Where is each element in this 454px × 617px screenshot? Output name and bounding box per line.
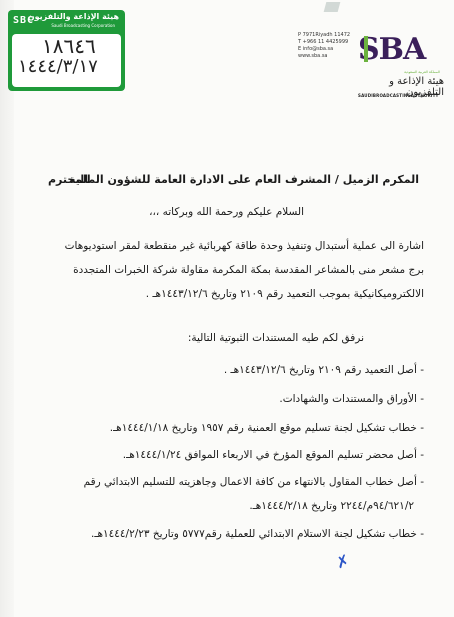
- contact-po-box: P 7971Riyadh 11472: [298, 32, 350, 39]
- paragraph-line: الالكتروميكانيكية بموجب التعميد رقم ٢١٠٩…: [146, 288, 424, 300]
- stamp-name-ar: هيئة الإذاعة والتلفزيون: [28, 12, 119, 21]
- scan-artifact: [324, 2, 341, 12]
- contact-email: E info@sba.sa: [298, 46, 350, 53]
- attachment-item-continuation: ٩٤/٦٢١/٢م/٢٢٤٤ وتاريخ ١٤٤٤/٢/١٨هـ.: [249, 500, 414, 512]
- attachments-intro: نرفق لكم طيه المستندات الثبوتية التالية:: [188, 332, 364, 344]
- handwritten-reference-number: ١٨٦٤٦: [42, 34, 96, 58]
- logo-kingdom-text: المملكة العربية السعودية: [404, 70, 440, 74]
- greeting: السلام عليكم ورحمة الله وبركاته ،،،: [149, 206, 304, 218]
- attachment-item: - أصل التعميد رقم ٢١٠٩ وتاريخ ١٤٤٣/١٢/٦ه…: [224, 364, 424, 376]
- honorific: المحترم: [48, 173, 91, 186]
- page-edge-shadow: [0, 0, 14, 617]
- logo-wordmark: SBA: [358, 32, 425, 67]
- contact-phone: T +966 11 4425999: [298, 39, 350, 46]
- stamp-writing-area: ١٨٦٤٦ ١٤٤٤/٣/١٧: [12, 34, 121, 87]
- addressee-line: المكرم الزميل / المشرف العام على الادارة…: [69, 173, 419, 186]
- logo-name-en: SAUDIBROADCASTINGAUTHORITY: [358, 93, 439, 98]
- stamp-name-en: Saudi Broadcasting Corporation: [51, 23, 115, 28]
- paragraph-line: اشارة الى عملية أستبدال وتنفيذ وحدة طاقة…: [65, 240, 424, 252]
- attachment-item: - خطاب تشكيل لجنة الاستلام الابتدائي للع…: [91, 528, 424, 540]
- contact-website: www.sba.sa: [298, 53, 350, 60]
- attachment-item: - أصل خطاب المقاول بالانتهاء من كافة الا…: [84, 476, 424, 488]
- pen-mark: ✗: [333, 550, 352, 572]
- letterhead-contact: P 7971Riyadh 11472 T +966 11 4425999 E i…: [298, 32, 350, 60]
- attachment-item: - الأوراق والمستندات والشهادات.: [279, 393, 424, 405]
- paragraph-line: برج مشعر منى بالمشاعر المقدسة بمكة المكر…: [73, 264, 424, 276]
- attachment-item: - خطاب تشكيل لجنة تسليم موقع العمنية رقم…: [110, 422, 424, 434]
- handwritten-date: ١٤٤٤/٣/١٧: [18, 56, 98, 77]
- attachment-item: - أصل محضر تسليم الموقع المؤرخ في الاربع…: [123, 449, 424, 461]
- logo-accent-bar: [364, 36, 368, 62]
- sba-logo: SBA المملكة العربية السعودية هيئة الإذاع…: [358, 32, 450, 102]
- incoming-stamp: SBC هيئة الإذاعة والتلفزيون Saudi Broadc…: [8, 10, 125, 91]
- stamp-header: SBC هيئة الإذاعة والتلفزيون Saudi Broadc…: [8, 10, 125, 33]
